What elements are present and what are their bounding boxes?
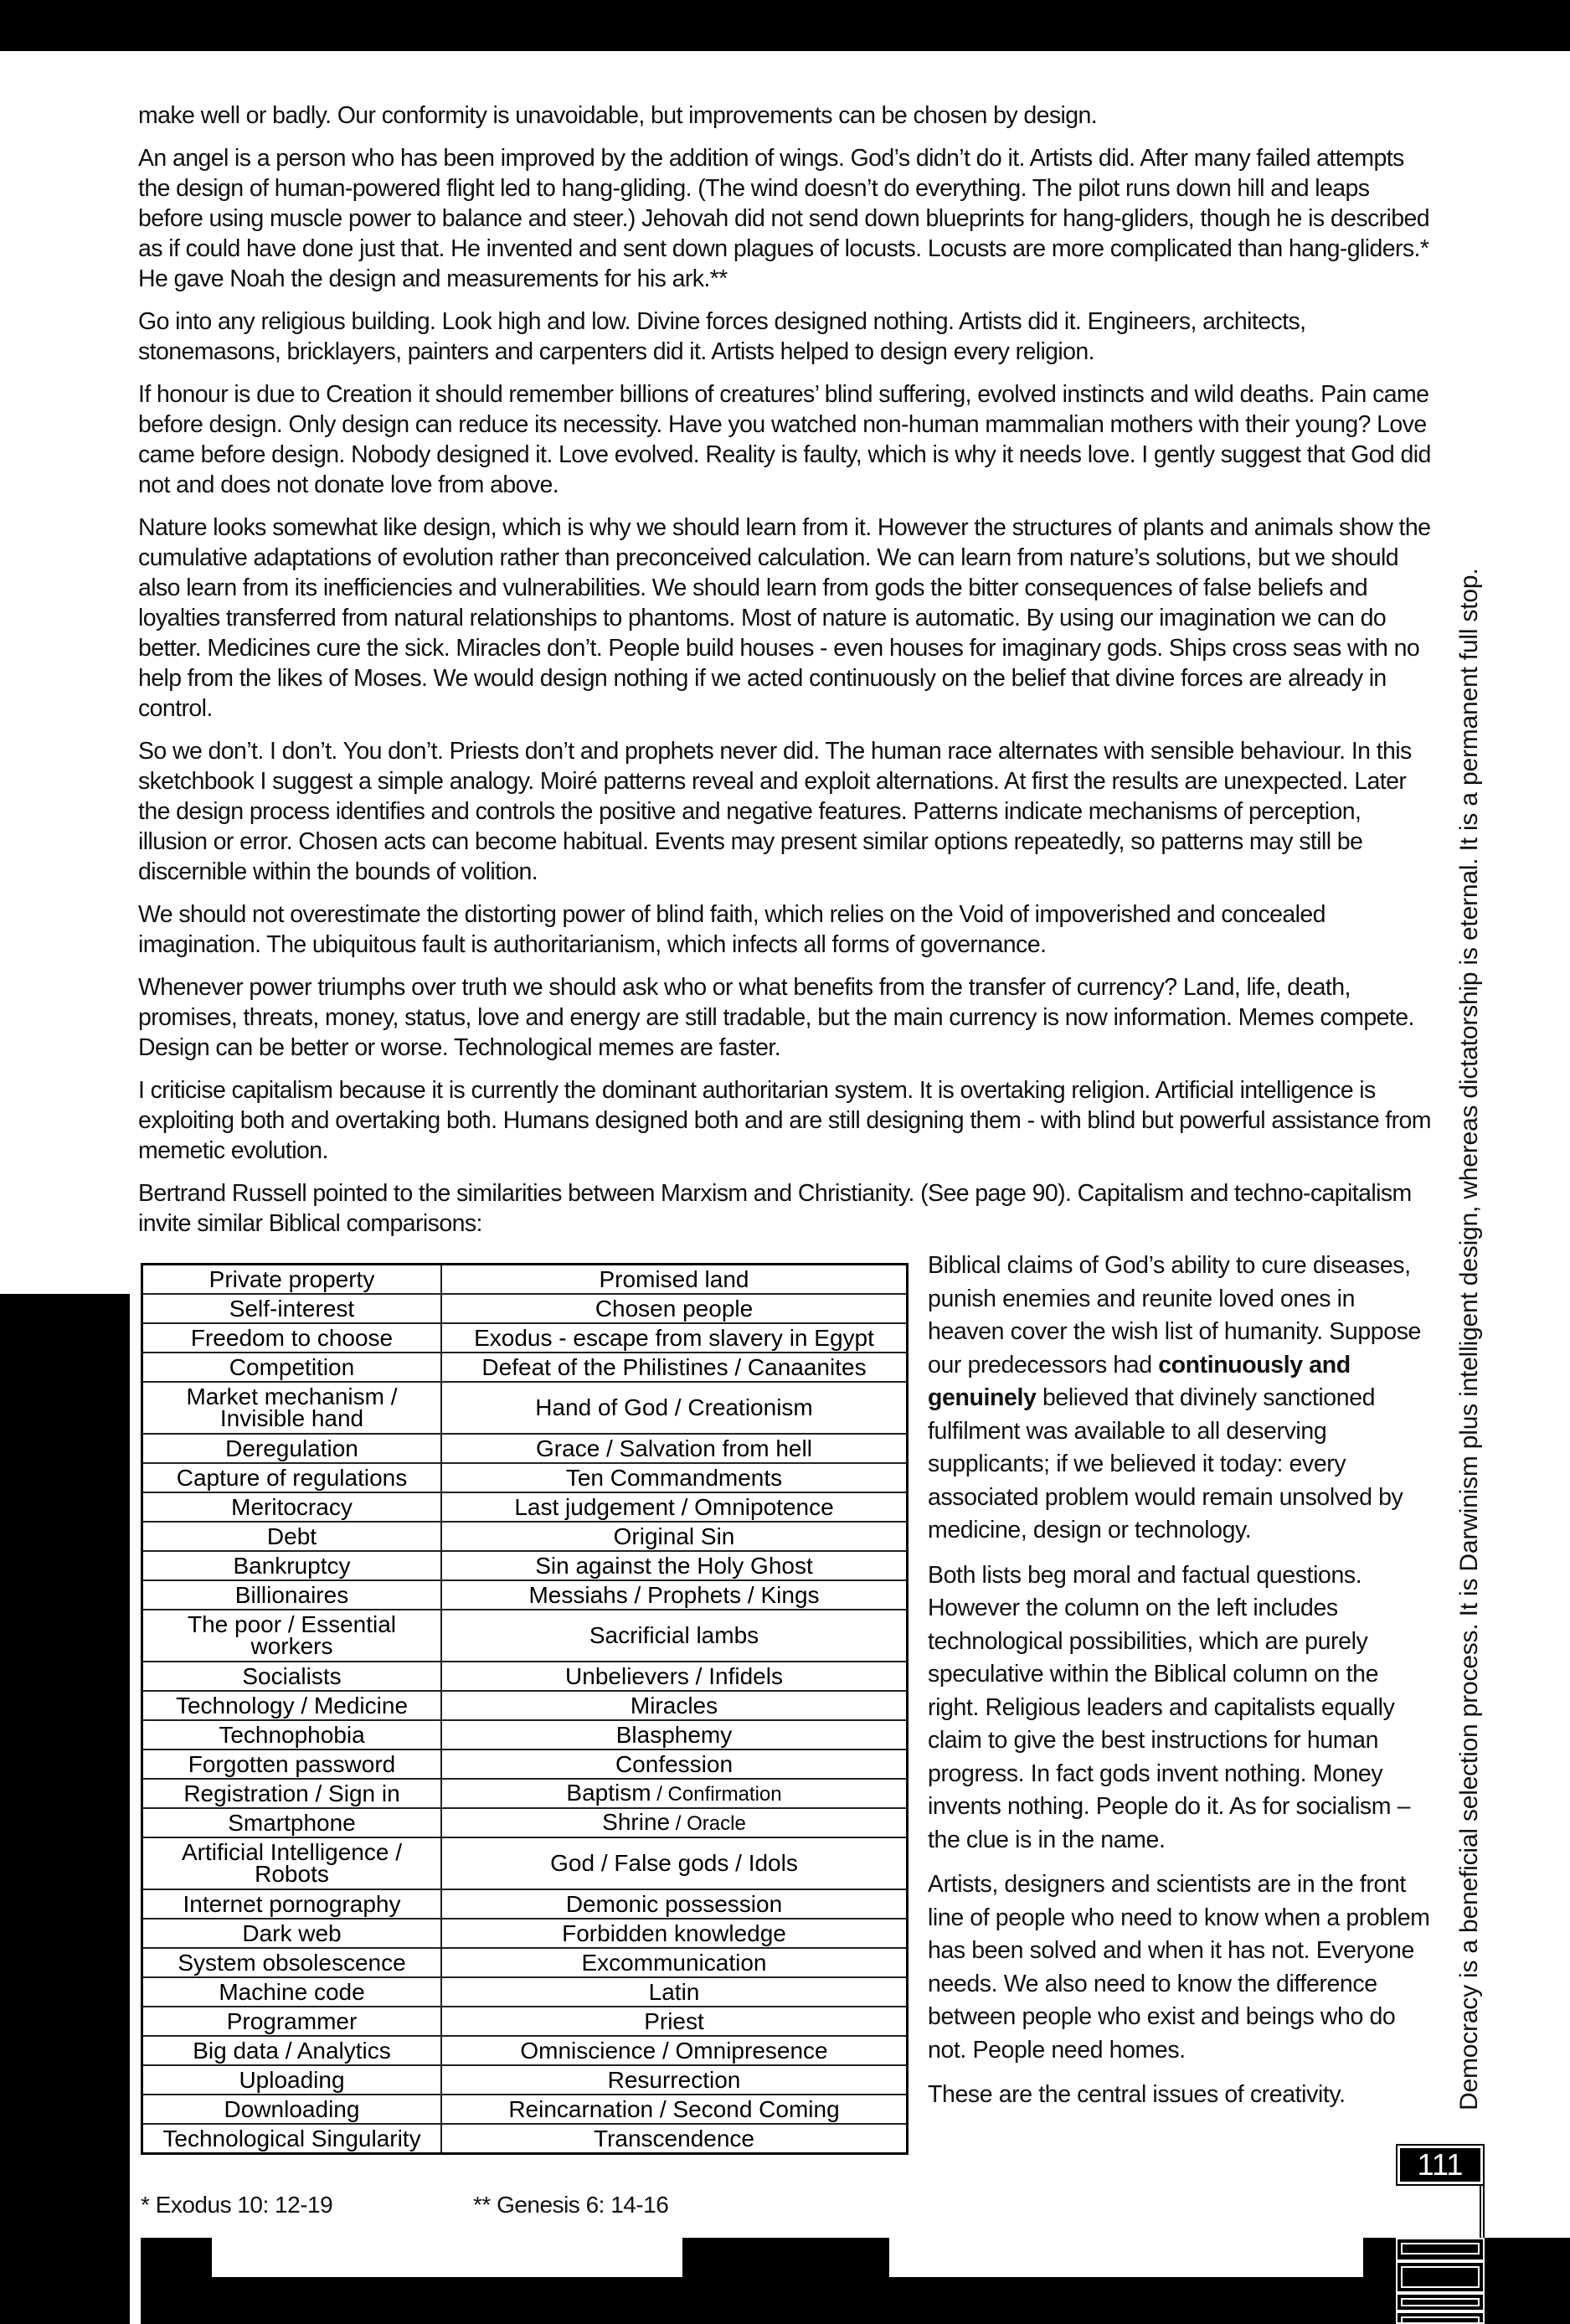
paragraph: An angel is a person who has been improv… — [138, 143, 1432, 294]
biblical-term-text: Sin against the Holy Ghost — [535, 1553, 813, 1579]
capitalism-term: Debt — [142, 1522, 442, 1551]
biblical-term: Omniscience / Omnipresence — [441, 2036, 908, 2065]
table-row: Registration / Sign inBaptism / Confirma… — [142, 1779, 908, 1808]
capitalism-term: Machine code — [142, 1977, 442, 2007]
biblical-term-text: Last judgement / Omnipotence — [514, 1494, 833, 1520]
table-row: TechnophobiaBlasphemy — [142, 1720, 908, 1749]
table-row: Artificial Intelligence / RobotsGod / Fa… — [142, 1837, 908, 1889]
biblical-term-text: Latin — [649, 1979, 700, 2005]
biblical-term-text: Priest — [644, 2008, 704, 2034]
table-row: Big data / AnalyticsOmniscience / Omnipr… — [142, 2036, 908, 2065]
comparison-table: Private propertyPromised landSelf-intere… — [141, 1263, 909, 2155]
biblical-term-text: Reincarnation / Second Coming — [508, 2096, 839, 2122]
biblical-term-text: Exodus - escape from slavery in Egypt — [474, 1325, 874, 1351]
capitalism-term: Technology / Medicine — [142, 1691, 442, 1720]
capitalism-term: Downloading — [142, 2095, 442, 2124]
biblical-term: Ten Commandments — [441, 1463, 908, 1492]
footnote-exodus: * Exodus 10: 12-19 — [141, 2192, 473, 2218]
table-row: BankruptcySin against the Holy Ghost — [142, 1551, 908, 1580]
body-text: make well or badly. Our conformity is un… — [138, 100, 1432, 1251]
biblical-term-text: Unbelievers / Infidels — [565, 1663, 783, 1689]
capitalism-term: Uploading — [142, 2065, 442, 2095]
biblical-term: Messiahs / Prophets / Kings — [441, 1580, 908, 1610]
paragraph: Nature looks somewhat like design, which… — [138, 513, 1432, 724]
biblical-term-text: Transcendence — [594, 2126, 754, 2151]
biblical-term: Promised land — [441, 1265, 908, 1295]
biblical-term-text: Blasphemy — [616, 1722, 733, 1748]
paragraph: I criticise capitalism because it is cur… — [138, 1075, 1432, 1166]
left-black-bar — [0, 1294, 130, 2324]
biblical-term: Demonic possession — [441, 1889, 908, 1919]
bottom-bar-notch — [212, 2238, 682, 2277]
capitalism-term: Meritocracy — [142, 1492, 442, 1522]
table-row: Dark webForbidden knowledge — [142, 1919, 908, 1948]
table-row: Machine codeLatin — [142, 1977, 908, 2007]
table-row: Market mechanism / Invisible handHand of… — [142, 1382, 908, 1434]
capitalism-term: Dark web — [142, 1919, 442, 1948]
capitalism-term: Bankruptcy — [142, 1551, 442, 1580]
table-row: Technological SingularityTranscendence — [142, 2124, 908, 2154]
biblical-term-text: Hand of God / Creationism — [535, 1394, 813, 1420]
biblical-term-text: Miracles — [631, 1693, 718, 1719]
biblical-term: Forbidden knowledge — [441, 1919, 908, 1948]
table-row: DeregulationGrace / Salvation from hell — [142, 1434, 908, 1463]
capitalism-term: Technophobia — [142, 1720, 442, 1749]
capitalism-term: Capture of regulations — [142, 1463, 442, 1492]
biblical-term-text: Grace / Salvation from hell — [536, 1435, 812, 1461]
biblical-term: Miracles — [441, 1691, 908, 1720]
paragraph: If honour is due to Creation it should r… — [138, 379, 1432, 500]
table-row: DownloadingReincarnation / Second Coming — [142, 2095, 908, 2124]
paragraph: Go into any religious building. Look hig… — [138, 307, 1432, 367]
biblical-term: Hand of God / Creationism — [441, 1382, 908, 1434]
bottom-bar-notch — [889, 2238, 1363, 2277]
biblical-term-text: Omniscience / Omnipresence — [520, 2038, 827, 2064]
side-paragraph-3: Artists, designers and scientists are in… — [928, 1868, 1430, 2067]
table-row: Capture of regulationsTen Commandments — [142, 1463, 908, 1492]
biblical-term-text: Defeat of the Philistines / Canaanites — [481, 1354, 866, 1380]
paragraph: Whenever power triumphs over truth we sh… — [138, 972, 1432, 1063]
biblical-term-secondary: / Confirmation — [651, 1783, 782, 1806]
capitalism-term: Market mechanism / Invisible hand — [142, 1382, 442, 1434]
table-row: BillionairesMessiahs / Prophets / Kings — [142, 1580, 908, 1610]
biblical-term-text: Messiahs / Prophets / Kings — [528, 1582, 819, 1608]
biblical-term: Priest — [441, 2007, 908, 2036]
biblical-term-secondary: / Oracle — [670, 1812, 746, 1835]
biblical-term-text: Shrine — [602, 1809, 670, 1835]
biblical-term-text: Baptism — [566, 1780, 651, 1806]
paragraph: make well or badly. Our conformity is un… — [138, 100, 1432, 131]
biblical-term: Blasphemy — [441, 1720, 908, 1749]
capitalism-term: Forgotten password — [142, 1749, 442, 1779]
biblical-term-text: Sacrificial lambs — [589, 1622, 759, 1648]
biblical-term: Defeat of the Philistines / Canaanites — [441, 1353, 908, 1382]
table-row: Internet pornographyDemonic possession — [142, 1889, 908, 1919]
capitalism-term: The poor / Essential workers — [142, 1610, 442, 1662]
capitalism-term: Freedom to choose — [142, 1323, 442, 1353]
side-column: Biblical claims of God’s ability to cure… — [928, 1250, 1430, 2124]
capitalism-term: Billionaires — [142, 1580, 442, 1610]
side-paragraph-2: Both lists beg moral and factual questio… — [928, 1559, 1430, 1858]
capitalism-term: System obsolescence — [142, 1948, 442, 1977]
biblical-term-text: God / False gods / Idols — [550, 1850, 798, 1876]
table-row: System obsolescenceExcommunication — [142, 1948, 908, 1977]
biblical-term-text: Promised land — [600, 1266, 749, 1292]
top-black-bar — [0, 0, 1570, 51]
biblical-term-text: Original Sin — [614, 1523, 735, 1549]
capitalism-term: Self-interest — [142, 1294, 442, 1323]
table-row: Self-interestChosen people — [142, 1294, 908, 1323]
biblical-term: Exodus - escape from slavery in Egypt — [441, 1323, 908, 1353]
biblical-term: Original Sin — [441, 1522, 908, 1551]
biblical-term: Sacrificial lambs — [441, 1610, 908, 1662]
table-row: Freedom to chooseExodus - escape from sl… — [142, 1323, 908, 1353]
capitalism-term: Internet pornography — [142, 1889, 442, 1919]
capitalism-term: Private property — [142, 1265, 442, 1295]
table-row: DebtOriginal Sin — [142, 1522, 908, 1551]
page-number-box: 111 — [1396, 2144, 1485, 2186]
decorative-frame — [1396, 2238, 1485, 2261]
biblical-term: Transcendence — [441, 2124, 908, 2154]
paragraph: So we don’t. I don’t. You don’t. Priests… — [138, 736, 1432, 887]
biblical-term-text: Demonic possession — [566, 1891, 782, 1917]
capitalism-term: Registration / Sign in — [142, 1779, 442, 1808]
biblical-term-text: Chosen people — [595, 1296, 753, 1322]
biblical-term: Last judgement / Omnipotence — [441, 1492, 908, 1522]
biblical-term-text: Confession — [615, 1751, 733, 1777]
capitalism-term: Smartphone — [142, 1808, 442, 1837]
paragraph: Bertrand Russell pointed to the similari… — [138, 1178, 1432, 1239]
table-row: Technology / MedicineMiracles — [142, 1691, 908, 1720]
capitalism-term: Big data / Analytics — [142, 2036, 442, 2065]
footnotes: * Exodus 10: 12-19** Genesis 6: 14-16 — [141, 2192, 894, 2218]
decorative-frame-stack — [1396, 2184, 1485, 2324]
biblical-term-text: Ten Commandments — [566, 1465, 782, 1491]
paragraph: We should not overestimate the distortin… — [138, 899, 1432, 960]
decorative-frame — [1396, 2311, 1485, 2324]
table-row: ProgrammerPriest — [142, 2007, 908, 2036]
biblical-term: Reincarnation / Second Coming — [441, 2095, 908, 2124]
decorative-frame — [1396, 2261, 1485, 2293]
page-number: 111 — [1400, 2148, 1480, 2182]
capitalism-term: Programmer — [142, 2007, 442, 2036]
side-paragraph-1: Biblical claims of God’s ability to cure… — [928, 1250, 1430, 1548]
biblical-term: Shrine / Oracle — [441, 1808, 908, 1837]
capitalism-term: Artificial Intelligence / Robots — [142, 1837, 442, 1889]
biblical-term: Resurrection — [441, 2065, 908, 2095]
table-row: The poor / Essential workersSacrificial … — [142, 1610, 908, 1662]
biblical-term: Grace / Salvation from hell — [441, 1434, 908, 1463]
capitalism-term: Deregulation — [142, 1434, 442, 1463]
footnote-genesis: ** Genesis 6: 14-16 — [473, 2192, 668, 2218]
biblical-term-text: Forbidden knowledge — [562, 1920, 786, 1946]
capitalism-term: Competition — [142, 1353, 442, 1382]
table-row: MeritocracyLast judgement / Omnipotence — [142, 1492, 908, 1522]
decorative-frame — [1396, 2293, 1485, 2311]
capitalism-term: Socialists — [142, 1662, 442, 1691]
biblical-term-text: Excommunication — [582, 1950, 767, 1976]
table-row: Forgotten passwordConfession — [142, 1749, 908, 1779]
biblical-term: Latin — [441, 1977, 908, 2007]
side-paragraph-4: These are the central issues of creativi… — [928, 2079, 1430, 2112]
table-row: Private propertyPromised land — [142, 1265, 908, 1295]
biblical-term: Unbelievers / Infidels — [441, 1662, 908, 1691]
biblical-term: Chosen people — [441, 1294, 908, 1323]
capitalism-term: Technological Singularity — [142, 2124, 442, 2154]
biblical-term: Confession — [441, 1749, 908, 1779]
biblical-term: Baptism / Confirmation — [441, 1779, 908, 1808]
biblical-term-text: Resurrection — [608, 2067, 741, 2093]
table-row: SmartphoneShrine / Oracle — [142, 1808, 908, 1837]
biblical-term: Sin against the Holy Ghost — [441, 1551, 908, 1580]
table-row: SocialistsUnbelievers / Infidels — [142, 1662, 908, 1691]
table-row: CompetitionDefeat of the Philistines / C… — [142, 1353, 908, 1382]
margin-note-vertical: Democracy is a beneficial selection proc… — [1455, 486, 1484, 2110]
biblical-term: Excommunication — [441, 1948, 908, 1977]
biblical-term: God / False gods / Idols — [441, 1837, 908, 1889]
table-row: UploadingResurrection — [142, 2065, 908, 2095]
